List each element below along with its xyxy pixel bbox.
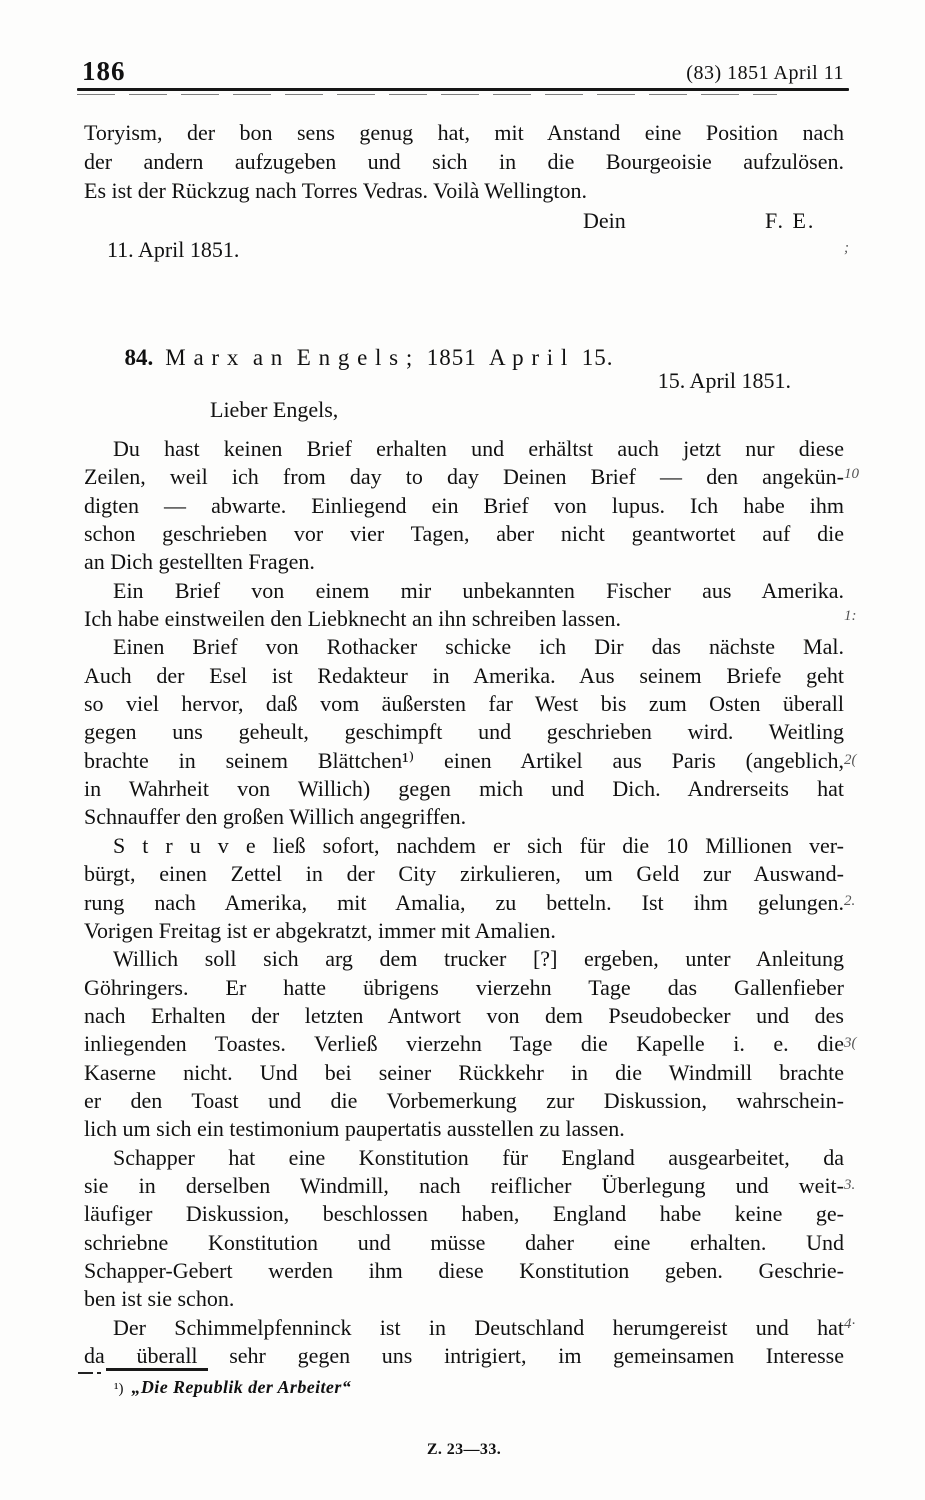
- text-line: nach Erhalten der letzten Antwort von de…: [84, 1002, 844, 1030]
- text-line: der andern aufzugeben und sich in die Bo…: [84, 147, 844, 176]
- text-line: Kaserne nicht. Und bei seiner Rückkehr i…: [84, 1059, 844, 1087]
- text-line: digten — abwarte. Einliegend ein Brief v…: [84, 492, 844, 520]
- text-line: Auch der Esel ist Redakteur in Amerika. …: [84, 662, 844, 690]
- previous-letter-block: Toryism, der bon sens genug hat, mit Ans…: [84, 118, 844, 264]
- text-line: da überall sehr gegen uns intrigiert, im…: [84, 1342, 844, 1370]
- letter-heading: 84.M a r x a n E n g e l s ; 1851 A p r …: [84, 319, 844, 371]
- salutation: Lieber Engels,: [210, 397, 338, 423]
- text-line: lich um sich ein testimonium paupertatis…: [84, 1115, 844, 1143]
- footnote-separator-fragment: [78, 1372, 93, 1374]
- margin-line-number-30: 3(: [844, 1035, 884, 1052]
- margin-line-number-25: 2.: [844, 893, 884, 910]
- text-line: Toryism, der bon sens genug hat, mit Ans…: [84, 118, 844, 147]
- text-line: Schapper-Gebert werden ihm diese Konstit…: [84, 1257, 844, 1285]
- margin-line-number-5: ;: [844, 240, 884, 257]
- closing-line: Dein F. E.: [84, 206, 844, 235]
- scanned-book-page: { "colors": { "ink": "#111111", "paper":…: [0, 0, 925, 1500]
- text-line: Schnauffer den großen Willich angegriffe…: [84, 803, 844, 831]
- text-line: bürgt, einen Zettel in der City zirkulie…: [84, 860, 844, 888]
- text-line: gegen uns geheult, geschimpft und geschr…: [84, 718, 844, 746]
- footnote-marker: ¹): [114, 1381, 124, 1397]
- text-line: an Dich gestellten Fragen.: [84, 548, 844, 576]
- text-line: inliegenden Toastes. Verließ vierzehn Ta…: [84, 1030, 844, 1058]
- letter-date: 15. April 1851.: [84, 368, 844, 394]
- text-line: schriebne Konstitution und müsse daher e…: [84, 1229, 844, 1257]
- line-reference-footer: Z. 23—33.: [84, 1441, 844, 1459]
- letter-title: M a r x a n E n g e l s ; 1851 A p r i l…: [165, 345, 613, 370]
- header-rule-shadow: [77, 94, 777, 95]
- text-line: Vorigen Freitag ist er abgekratzt, immer…: [84, 917, 844, 945]
- text-line: Zeilen, weil ich from day to day Deinen …: [84, 463, 844, 491]
- margin-line-number-40: 4·: [844, 1316, 884, 1333]
- text-line: brachte in seinem Blättchen¹⁾ einen Arti…: [84, 747, 844, 775]
- text-line: schon geschrieben vor vier Tagen, aber n…: [84, 520, 844, 548]
- letter-number: 84.: [125, 345, 154, 370]
- text-line: sie in derselben Windmill, nach reiflich…: [84, 1172, 844, 1200]
- text-line: Göhringers. Er hatte übrigens vierzehn T…: [84, 974, 844, 1002]
- footnote-text: „Die Republik der Arbeiter“: [132, 1377, 352, 1397]
- text-line: Einen Brief von Rothacker schicke ich Di…: [84, 633, 844, 661]
- text-line: Du hast keinen Brief erhalten und erhält…: [84, 435, 844, 463]
- header-rule: [77, 88, 849, 91]
- closing-word: Dein: [583, 206, 626, 235]
- margin-line-number-15: 1:: [844, 608, 884, 625]
- signature: F. E.: [765, 206, 815, 235]
- running-header: (83) 1851 April 11: [84, 62, 844, 85]
- text-line: Der Schimmelpfenninck ist in Deutschland…: [84, 1314, 844, 1342]
- footnote: ¹)„Die Republik der Arbeiter“: [114, 1377, 351, 1398]
- text-line: rung nach Amerika, mit Amalia, zu bettel…: [84, 889, 844, 917]
- text-line: so viel hervor, daß vom äußersten far We…: [84, 690, 844, 718]
- text-line: Willich soll sich arg dem trucker [?] er…: [84, 945, 844, 973]
- text-line: in Wahrheit von Willich) gegen mich und …: [84, 775, 844, 803]
- letter-date: 11. April 1851.: [84, 235, 844, 264]
- text-line: läufiger Diskussion, beschlossen haben, …: [84, 1200, 844, 1228]
- margin-line-number-35: 3.: [844, 1177, 884, 1194]
- footnote-separator: [106, 1368, 208, 1371]
- text-line: Ein Brief von einem mir unbekannten Fisc…: [84, 577, 844, 605]
- footnote-separator-dot: [97, 1372, 101, 1374]
- text-line: Es ist der Rückzug nach Torres Vedras. V…: [84, 176, 844, 205]
- margin-line-number-10: 10: [844, 466, 884, 483]
- text-line: ben ist sie schon.: [84, 1285, 844, 1313]
- text-line: Schapper hat eine Konstitution für Engla…: [84, 1144, 844, 1172]
- text-line: Ich habe einstweilen den Liebknecht an i…: [84, 605, 844, 633]
- text-line: S t r u v e ließ sofort, nachdem er sich…: [84, 832, 844, 860]
- margin-line-number-20: 2(: [844, 752, 884, 769]
- text-line: er den Toast und die Vorbemerkung zur Di…: [84, 1087, 844, 1115]
- letter-body: Du hast keinen Brief erhalten und erhält…: [84, 435, 844, 1370]
